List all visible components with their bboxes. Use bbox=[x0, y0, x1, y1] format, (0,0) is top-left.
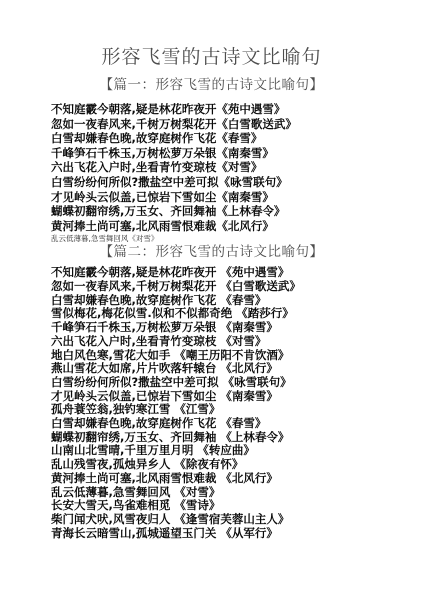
poem-line: 青海长云暗雪山,孤城遥望玉门关 《从军行》 bbox=[51, 527, 413, 541]
document-page: 形容飞雪的古诗文比喻句 【篇一：形容飞雪的古诗文比喻句】 不知庭霰今朝落,疑是林… bbox=[0, 0, 423, 600]
poem-line: 蝴蝶初翻帘绣,万玉女、齐回舞袖 《上林春令》 bbox=[51, 431, 413, 445]
poem-line: 白雪却嫌春色晚,故穿庭树作飞花 《春雪》 bbox=[51, 417, 413, 431]
poem-line: 才见岭头云似盖,已惊岩下雪如尘《南秦雪》 bbox=[51, 190, 413, 205]
poem-line: 白雪却嫌春色晚,故穿庭树作飞花 《春雪》 bbox=[51, 294, 413, 308]
poem-line: 黄河捧土尚可塞,北风雨雪恨难裁 《北风行》 bbox=[51, 472, 413, 486]
poem-line: 白雪纷纷何所似?撒盐空中差可拟《咏雪联句》 bbox=[51, 175, 413, 190]
poem-line: 蝴蝶初翻帘绣,万玉女、齐回舞袖《上林春令》 bbox=[51, 204, 413, 219]
poem-line: 乱云低薄暮,急雪舞回风 《对雪》 bbox=[51, 486, 413, 500]
document-title: 形容飞雪的古诗文比喻句 bbox=[0, 44, 423, 70]
poem-line: 白雪却嫌春色晚,故穿庭树作飞花《春雪》 bbox=[51, 131, 413, 146]
poem-line: 柴门闻犬吠,风雪夜归人 《逢雪宿芙蓉山主人》 bbox=[51, 513, 413, 527]
poem-line: 地白风色寒,雪花大如手 《嘲王历阳不肯饮酒》 bbox=[51, 349, 413, 363]
poem-line: 千峰笋石千株玉,万树松萝万朵银 《南秦雪》 bbox=[51, 321, 413, 335]
poem-line: 燕山雪花大如席,片片吹落轩辕台 《北风行》 bbox=[51, 362, 413, 376]
poem-line: 长安大雪天,鸟雀难相觅 《雪诗》 bbox=[51, 499, 413, 513]
poem-line: 六出飞花入户时,坐看青竹变琼枝 《对雪》 bbox=[51, 335, 413, 349]
section-1-heading: 【篇一：形容飞雪的古诗文比喻句】 bbox=[0, 77, 423, 94]
poem-line: 千峰笋石千株玉,万树松萝万朵银《南秦雪》 bbox=[51, 146, 413, 161]
section-2-heading: 【篇二：形容飞雪的古诗文比喻句】 bbox=[0, 244, 423, 261]
poem-line: 不知庭霰今朝落,疑是林花昨夜开《苑中遇雪》 bbox=[51, 102, 413, 117]
poem-line: 孤舟蓑笠翁,独钓寒江雪 《江雪》 bbox=[51, 403, 413, 417]
section-1-footnote-line: 乱云低薄暮,急雪舞回风《对雪》 bbox=[51, 234, 423, 244]
poem-line: 山南山北雪晴,千里万里月明 《转应曲》 bbox=[51, 444, 413, 458]
poem-line: 黄河捧土尚可塞,北风雨雪恨难裁《北风行》 bbox=[51, 219, 413, 234]
poem-line: 雪似梅花,梅花似雪.似和不似都奇绝 《踏莎行》 bbox=[51, 307, 413, 321]
section-1-poem-list: 不知庭霰今朝落,疑是林花昨夜开《苑中遇雪》 忽如一夜春风来,千树万树梨花开《白雪… bbox=[51, 102, 413, 233]
poem-line: 忽如一夜春风来,千树万树梨花开 《白雪歌送武》 bbox=[51, 280, 413, 294]
poem-line: 六出飞花入户时,坐看青竹变琼枝《对雪》 bbox=[51, 160, 413, 175]
section-2-poem-list: 不知庭霰今朝落,疑是林花昨夜开 《苑中遇雪》 忽如一夜春风来,千树万树梨花开 《… bbox=[51, 266, 413, 540]
poem-line: 才见岭头云似盖,已惊岩下雪如尘 《南秦雪》 bbox=[51, 390, 413, 404]
poem-line: 忽如一夜春风来,千树万树梨花开《白雪歌送武》 bbox=[51, 117, 413, 132]
poem-line: 白雪纷纷何所似?撒盐空中差可拟 《咏雪联句》 bbox=[51, 376, 413, 390]
poem-line: 乱山残雪夜,孤烛异乡人 《除夜有怀》 bbox=[51, 458, 413, 472]
poem-line: 不知庭霰今朝落,疑是林花昨夜开 《苑中遇雪》 bbox=[51, 266, 413, 280]
